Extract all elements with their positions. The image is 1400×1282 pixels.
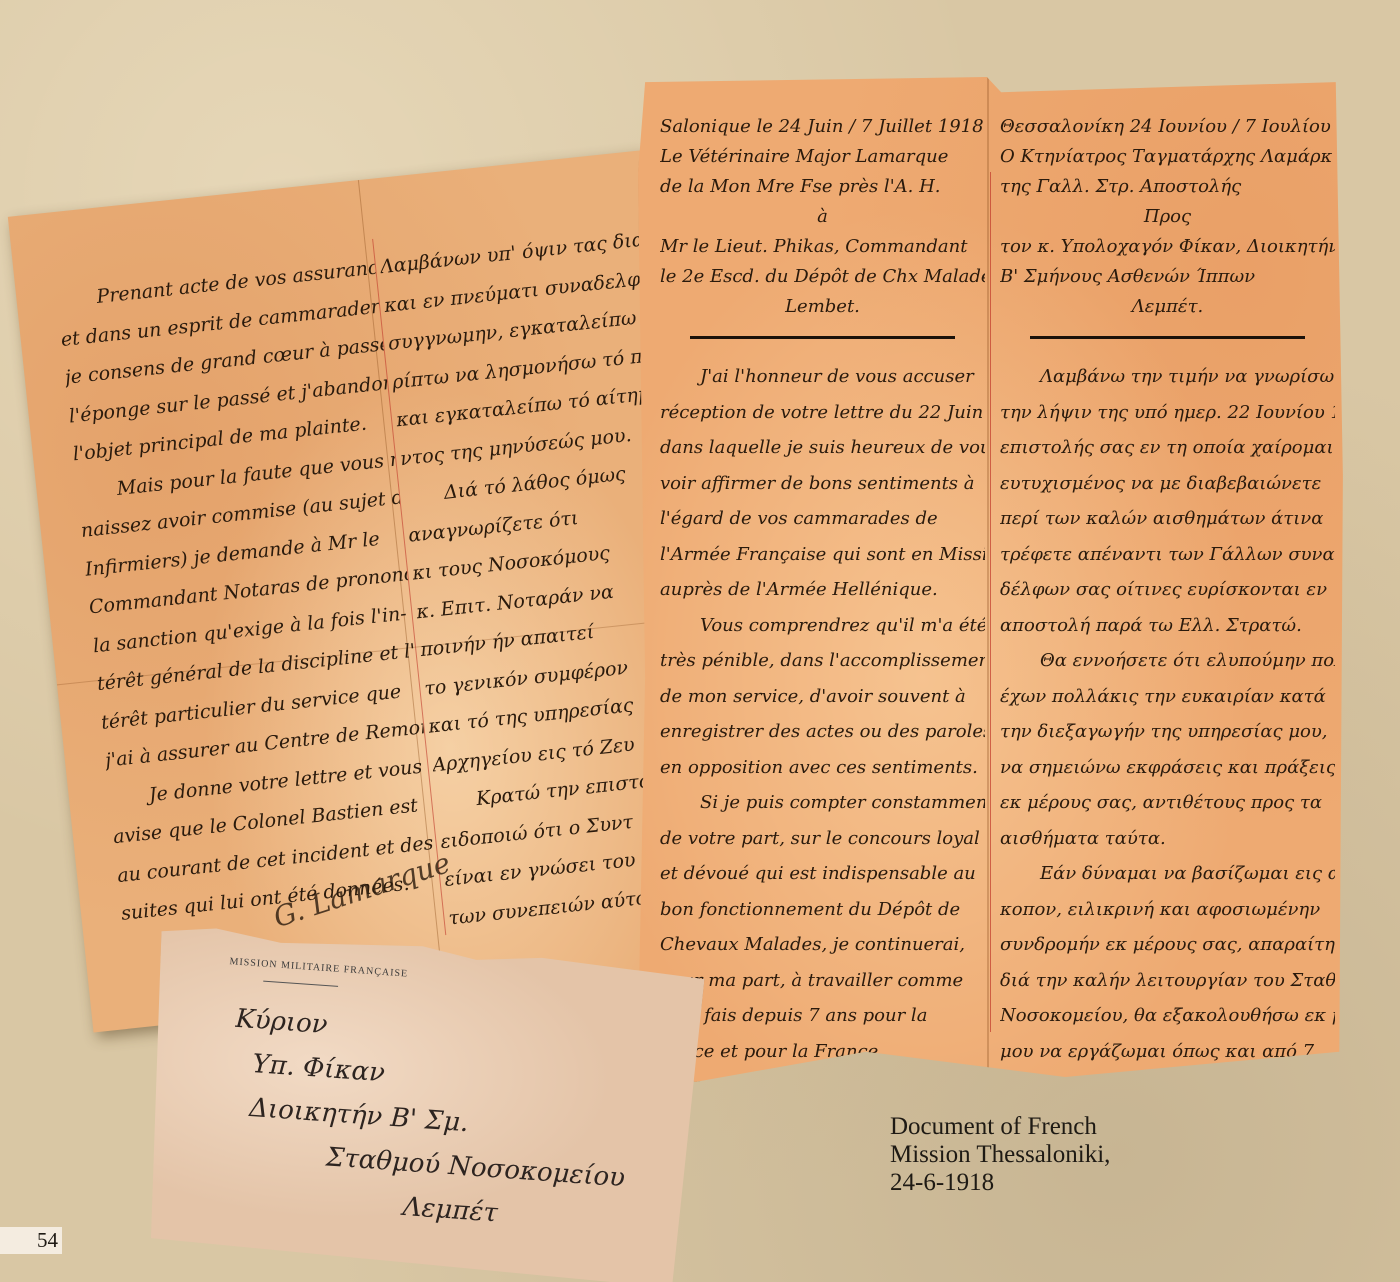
text-line: αποστολή παρά τω Ελλ. Στρατώ. — [1000, 608, 1335, 644]
text-line: pour ma part, à travailler comme — [660, 963, 985, 999]
vertical-fold-line — [987, 72, 989, 1082]
text-line: μου να εργάζωμαι όπως και από 7 — [1000, 1034, 1335, 1070]
text-line: J'ai l'honneur de vous accuser — [660, 359, 985, 395]
text-line: très pénible, dans l'accomplissement — [660, 643, 985, 679]
caption-line: 24-6-1918 — [890, 1169, 1190, 1197]
text-line: διά την καλήν λειτουργίαν του Σταθμού — [1000, 963, 1335, 999]
text-line: Vous comprendrez qu'il m'a été — [660, 608, 985, 644]
text-line: Grèce et pour la France. — [660, 1034, 985, 1070]
text-line: να σημειώνω εκφράσεις και πράξεις — [1000, 750, 1335, 786]
sender-line: της Γαλλ. Στρ. Αποστολής — [1000, 172, 1335, 202]
text-line: Θα εννοήσετε ότι ελυπούμην πολύ, — [1000, 643, 1335, 679]
red-margin-line — [990, 172, 991, 1032]
text-line: enregistrer des actes ou des paroles — [660, 714, 985, 750]
sender-line: Le Vétérinaire Major Lamarque — [660, 142, 985, 172]
caption-line: Mission Thessaloniki, — [890, 1141, 1190, 1169]
letter-date: Θεσσαλονίκη 24 Ιουνίου / 7 Ιουλίου 1918 — [1000, 112, 1335, 142]
text-line: συνδρομήν εκ μέρους σας, απαραίτητον — [1000, 927, 1335, 963]
text-line: δέλφων σας οίτινες ευρίσκονται εν — [1000, 572, 1335, 608]
text-line: voir affirmer de bons sentiments à — [660, 466, 985, 502]
text-line: αισθήματα ταύτα. — [1000, 821, 1335, 857]
letter-date: Salonique le 24 Juin / 7 Juillet 1918 — [660, 112, 985, 142]
envelope-address: Κύριον Υπ. Φίκαν Διοικητήν Β' Σμ. Σταθμο… — [222, 997, 636, 1244]
text-line: κοπον, ειλικρινή και αφοσιωμένην — [1000, 892, 1335, 928]
left-letter-document: Prenant acte de vos assurances et dans u… — [8, 150, 730, 1032]
text-line: Chevaux Malades, je continuerai, — [660, 927, 985, 963]
text-line: l'égard de vos cammarades de — [660, 501, 985, 537]
text-line: ήδη ετών εργάζομαι διά την Ελλάδα και — [1000, 1069, 1335, 1105]
recipient-line: le 2e Escd. du Dépôt de Chx Malades — [660, 262, 985, 292]
text-line: réception de votre lettre du 22 Juin 191… — [660, 395, 985, 431]
divider-rule — [690, 336, 955, 339]
text-line: de mon service, d'avoir souvent à — [660, 679, 985, 715]
sender-line: Ο Κτηνίατρος Ταγματάρχης Λαμάρκ — [1000, 142, 1335, 172]
text-line: et dévoué qui est indispensable au — [660, 856, 985, 892]
divider-rule — [1030, 336, 1305, 339]
letter-body: J'ai l'honneur de vous accuser réception… — [660, 359, 985, 1069]
text-line: Νοσοκομείου, θα εξακολουθήσω εκ μέρους — [1000, 998, 1335, 1034]
text-line: έχων πολλάκις την ευκαιρίαν κατά — [1000, 679, 1335, 715]
recipient-line: τον κ. Υπολοχαγόν Φίκαν, Διοικητήν — [1000, 232, 1335, 262]
text-line: en opposition avec ces sentiments. — [660, 750, 985, 786]
addressed-to: à — [660, 202, 985, 232]
recipient-line: Mr le Lieut. Phikas, Commandant — [660, 232, 985, 262]
right-letter-document: Salonique le 24 Juin / 7 Juillet 1918 Le… — [638, 72, 1350, 1082]
text-line: Εάν δύναμαι να βασίζωμαι εις αδιά- — [1000, 856, 1335, 892]
french-column: Salonique le 24 Juin / 7 Juillet 1918 Le… — [660, 112, 985, 1069]
text-line: εκ μέρους σας, αντιθέτους προς τα — [1000, 785, 1335, 821]
text-line: Si je puis compter constamment — [660, 785, 985, 821]
addressed-to: Προς — [1000, 202, 1335, 232]
text-line: περί των καλών αισθημάτων άτινα — [1000, 501, 1335, 537]
text-line: ευτυχισμένος να με διαβεβαιώνετε — [1000, 466, 1335, 502]
envelope-printed-rule — [263, 981, 338, 987]
figure-caption: Document of French Mission Thessaloniki,… — [890, 1113, 1190, 1197]
text-line: dans laquelle je suis heureux de vous — [660, 430, 985, 466]
envelope-printed-header: MISSION MILITAIRE FRANÇAISE — [229, 956, 408, 979]
caption-line: Document of French — [890, 1113, 1190, 1141]
text-line: l'Armée Française qui sont en Mission — [660, 537, 985, 573]
text-line: je le fais depuis 7 ans pour la — [660, 998, 985, 1034]
envelope: MISSION MILITAIRE FRANÇAISE Κύριον Υπ. Φ… — [139, 921, 706, 1282]
place-name: Lembet. — [660, 292, 985, 322]
text-line: Λαμβάνω την τιμήν να γνωρίσω — [1000, 359, 1335, 395]
sender-line: de la Mon Mre Fse près l'A. H. — [660, 172, 985, 202]
letter-body: Λαμβάνω την τιμήν να γνωρίσω την λήψιν τ… — [1000, 359, 1335, 1140]
text-line: την λήψιν της υπό ημερ. 22 Ιουνίου 1918 — [1000, 395, 1335, 431]
text-line: de votre part, sur le concours loyal — [660, 821, 985, 857]
text-line: bon fonctionnement du Dépôt de — [660, 892, 985, 928]
text-line: επιστολής σας εν τη οποία χαίρομαι — [1000, 430, 1335, 466]
greek-column: Θεσσαλονίκη 24 Ιουνίου / 7 Ιουλίου 1918 … — [1000, 112, 1335, 1140]
place-name: Λεμπέτ. — [1000, 292, 1335, 322]
recipient-line: Β' Σμήνους Ασθενών Ίππων — [1000, 262, 1335, 292]
left-letter-french-column: Prenant acte de vos assurances et dans u… — [55, 249, 442, 933]
text-line: την διεξαγωγήν της υπηρεσίας μου, — [1000, 714, 1335, 750]
text-line: auprès de l'Armée Hellénique. — [660, 572, 985, 608]
page-number: 54 — [0, 1227, 62, 1254]
text-line: τρέφετε απέναντι των Γάλλων συνα- — [1000, 537, 1335, 573]
